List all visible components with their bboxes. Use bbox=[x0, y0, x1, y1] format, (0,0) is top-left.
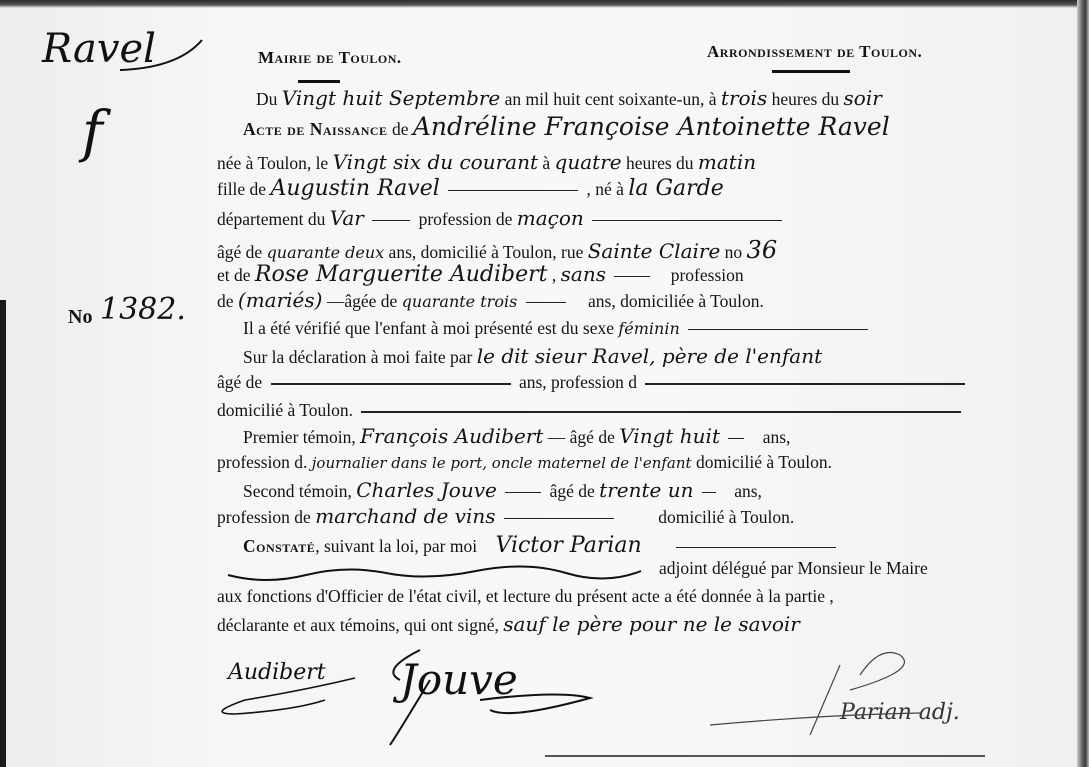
father-street: Sainte Claire bbox=[588, 239, 721, 263]
line-witness-1-profession: profession d. journalier dans le port, o… bbox=[217, 452, 832, 473]
mother-name: Rose Marguerite Audibert bbox=[255, 262, 548, 287]
line-act-title: Acte de Naissance de Andréline Françoise… bbox=[243, 112, 890, 141]
line-witness-2-profession: profession de marchand de vins domicilié… bbox=[217, 504, 794, 528]
witness-1-name: François Audibert bbox=[360, 424, 543, 448]
line-declarant-domicile: domicilié à Toulon. bbox=[217, 400, 965, 421]
line-declaration: Sur la déclaration à moi faite par le di… bbox=[243, 344, 822, 368]
header-rule-left bbox=[298, 80, 340, 83]
birth-period: matin bbox=[698, 150, 756, 174]
surname-flourish bbox=[118, 38, 208, 78]
page-top-edge bbox=[0, 0, 1089, 8]
signature-note: sauf le père pour ne le savoir bbox=[503, 612, 800, 636]
signature-1-flourish bbox=[205, 670, 365, 720]
marital-status: (mariés) bbox=[238, 288, 323, 312]
line-declarant-age: âgé de ans, profession d bbox=[217, 372, 969, 393]
line-witness-2: Second témoin, Charles Jouve âgé de tren… bbox=[243, 478, 762, 502]
page-left-edge bbox=[0, 300, 6, 767]
page-bottom-rule bbox=[545, 755, 985, 757]
line-sex: Il a été vérifié que l'enfant à moi prés… bbox=[243, 318, 872, 339]
line-adjoint: adjoint délégué par Monsieur le Maire bbox=[659, 558, 928, 579]
line-birth: née à Toulon, le Vingt six du courant à … bbox=[217, 150, 756, 174]
mother-profession: sans bbox=[561, 262, 606, 286]
header-mairie: Mairie de Toulon. bbox=[258, 48, 402, 68]
mother-age: quarante trois bbox=[402, 292, 518, 311]
witness-1-profession: journalier dans le port, oncle maternel … bbox=[312, 454, 692, 472]
handwritten-hour: trois bbox=[721, 86, 767, 110]
page-binding-edge bbox=[1077, 0, 1089, 767]
act-number: 1382. bbox=[100, 292, 186, 327]
wavy-line bbox=[226, 565, 646, 587]
line-mother-age: de (mariés) —âgée de quarante trois ans,… bbox=[217, 288, 764, 312]
witness-2-profession: marchand de vins bbox=[315, 504, 495, 528]
act-number-label: No bbox=[68, 306, 92, 329]
line-father-age: âgé de quarante deux ans, domicilié à To… bbox=[217, 236, 777, 264]
birth-hour: quatre bbox=[555, 150, 622, 174]
line-father: fille de Augustin Ravel , né à la Garde bbox=[217, 176, 724, 201]
header-arrondissement: Arrondissement de Toulon. bbox=[707, 42, 922, 62]
father-age: quarante deux bbox=[267, 243, 385, 262]
signature-2-flourish bbox=[360, 640, 600, 750]
handwritten-period: soir bbox=[844, 86, 882, 110]
line-department: département du Var profession de maçon bbox=[217, 206, 786, 230]
officer-name: Victor Parian bbox=[495, 533, 641, 558]
witness-1-age: Vingt huit bbox=[619, 424, 720, 448]
child-sex: féminin bbox=[618, 319, 679, 338]
department: Var bbox=[330, 206, 364, 230]
line-witness-1: Premier témoin, François Audibert — âgé … bbox=[243, 424, 790, 448]
witness-2-age: trente un bbox=[599, 478, 693, 502]
line-constate: Constaté, suivant la loi, par moi Victor… bbox=[243, 533, 840, 558]
witness-2-name: Charles Jouve bbox=[356, 478, 497, 502]
line-signed: déclarante et aux témoins, qui ont signé… bbox=[217, 612, 800, 636]
father-birthplace: la Garde bbox=[628, 176, 723, 201]
line-fonctions: aux fonctions d'Officier de l'état civil… bbox=[217, 586, 834, 607]
header-rule-right bbox=[772, 70, 850, 73]
father-profession: maçon bbox=[517, 206, 584, 230]
child-name: Andréline Françoise Antoinette Ravel bbox=[413, 112, 890, 141]
handwritten-date: Vingt huit Septembre bbox=[282, 86, 501, 110]
birth-date: Vingt six du courant bbox=[333, 150, 538, 174]
declarant: le dit sieur Ravel, père de l'enfant bbox=[477, 344, 822, 368]
line-mother: et de Rose Marguerite Audibert , sans pr… bbox=[217, 262, 744, 287]
father-name: Augustin Ravel bbox=[270, 176, 439, 201]
house-number: 36 bbox=[747, 236, 778, 264]
act-title: Acte de Naissance bbox=[243, 119, 388, 139]
line-date: Du Vingt huit Septembre an mil huit cent… bbox=[256, 86, 882, 110]
signature-3-flourish bbox=[700, 645, 960, 745]
document-page: Ravel f No 1382. Mairie de Toulon. Arron… bbox=[0, 0, 1089, 767]
margin-letter: f bbox=[82, 100, 103, 165]
constate-label: Constaté bbox=[243, 536, 315, 556]
